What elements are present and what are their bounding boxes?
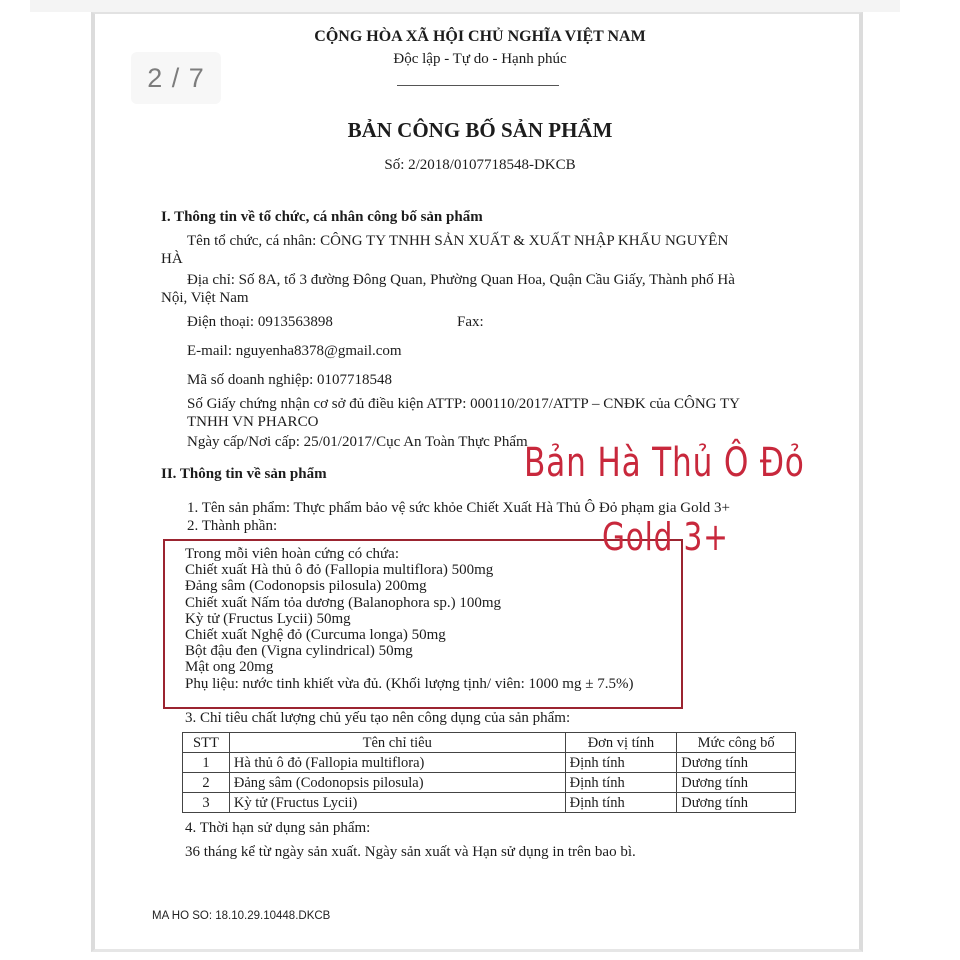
section1-heading: I. Thông tin về tổ chức, cá nhân công bố… (161, 209, 483, 226)
table-cell: Dương tính (677, 773, 796, 793)
table-row: 3 Kỳ tử (Fructus Lycii) Định tính Dương … (183, 793, 796, 813)
issue-info: Ngày cấp/Nơi cấp: 25/01/2017/Cục An Toàn… (187, 434, 528, 451)
fax: Fax: (457, 314, 484, 331)
org-name-line2: HÀ (161, 251, 183, 268)
table-cell: 1 (183, 753, 230, 773)
ingredient-line: Đảng sâm (Codonopsis pilosula) 200mg (185, 578, 633, 594)
handwritten-annotation-gold: Gold 3+ (602, 515, 729, 559)
ingredients-list: Trong mỗi viên hoàn cứng có chứa: Chiết … (185, 546, 633, 692)
table-header: STT (183, 733, 230, 753)
table-header: Đơn vị tính (565, 733, 677, 753)
table-cell: Định tính (565, 753, 677, 773)
address-line2: Nội, Việt Nam (161, 290, 249, 307)
quality-table: STT Tên chỉ tiêu Đơn vị tính Mức công bố… (182, 732, 796, 813)
certificate-line1: Số Giấy chứng nhận cơ sở đủ điều kiện AT… (187, 396, 740, 413)
table-header: Tên chỉ tiêu (229, 733, 565, 753)
table-cell: Đảng sâm (Codonopsis pilosula) (229, 773, 565, 793)
ingredient-line: Kỳ tử (Fructus Lycii) 50mg (185, 611, 633, 627)
address-line1: Địa chỉ: Số 8A, tổ 3 đường Đông Quan, Ph… (187, 272, 735, 289)
table-header-row: STT Tên chỉ tiêu Đơn vị tính Mức công bố (183, 733, 796, 753)
table-cell: Dương tính (677, 753, 796, 773)
dossier-code: MA HO SO: 18.10.29.10448.DKCB (152, 910, 330, 922)
ingredient-line: Trong mỗi viên hoàn cứng có chứa: (185, 546, 633, 562)
table-cell: Định tính (565, 793, 677, 813)
viewer-top-bar (30, 0, 900, 12)
table-row: 2 Đảng sâm (Codonopsis pilosula) Định tí… (183, 773, 796, 793)
table-cell: Hà thủ ô đỏ (Fallopia multiflora) (229, 753, 565, 773)
shelf-life: 36 tháng kể từ ngày sản xuất. Ngày sản x… (185, 844, 636, 861)
phone: Điện thoại: 0913563898 (187, 314, 333, 331)
document-number: Số: 2/2018/0107718548-DKCB (0, 157, 960, 174)
table-cell: Định tính (565, 773, 677, 793)
business-code: Mã số doanh nghiệp: 0107718548 (187, 372, 392, 389)
handwritten-annotation-title: Bản Hà Thủ Ô Đỏ (524, 440, 805, 486)
quality-label: 3. Chỉ tiêu chất lượng chủ yếu tạo nên c… (185, 710, 570, 727)
shelf-life-label: 4. Thời hạn sử dụng sản phẩm: (185, 820, 370, 837)
ingredient-line: Mật ong 20mg (185, 659, 633, 675)
ingredient-line: Phụ liệu: nước tinh khiết vừa đủ. (Khối … (185, 676, 633, 692)
ingredient-line: Chiết xuất Nấm tỏa dương (Balanophora sp… (185, 595, 633, 611)
table-cell: Dương tính (677, 793, 796, 813)
motto: Độc lập - Tự do - Hạnh phúc (0, 51, 960, 68)
ingredients-label: 2. Thành phần: (187, 518, 277, 535)
ingredient-line: Chiết xuất Nghệ đỏ (Curcuma longa) 50mg (185, 627, 633, 643)
table-cell: 2 (183, 773, 230, 793)
table-row: 1 Hà thủ ô đỏ (Fallopia multiflora) Định… (183, 753, 796, 773)
table-header: Mức công bố (677, 733, 796, 753)
email: E-mail: nguyenha8378@gmail.com (187, 343, 402, 360)
section2-heading: II. Thông tin về sản phẩm (161, 466, 327, 483)
org-name-line1: Tên tổ chức, cá nhân: CÔNG TY TNHH SẢN X… (187, 233, 728, 250)
certificate-line2: TNHH VN PHARCO (187, 414, 318, 431)
ingredient-line: Bột đậu đen (Vigna cylindrical) 50mg (185, 643, 633, 659)
ingredient-line: Chiết xuất Hà thủ ô đỏ (Fallopia multifl… (185, 562, 633, 578)
nation-heading: CỘNG HÒA XÃ HỘI CHỦ NGHĨA VIỆT NAM (0, 28, 960, 46)
motto-underline (397, 85, 559, 86)
table-cell: Kỳ tử (Fructus Lycii) (229, 793, 565, 813)
document-title: BẢN CÔNG BỐ SẢN PHẨM (0, 118, 960, 143)
table-cell: 3 (183, 793, 230, 813)
